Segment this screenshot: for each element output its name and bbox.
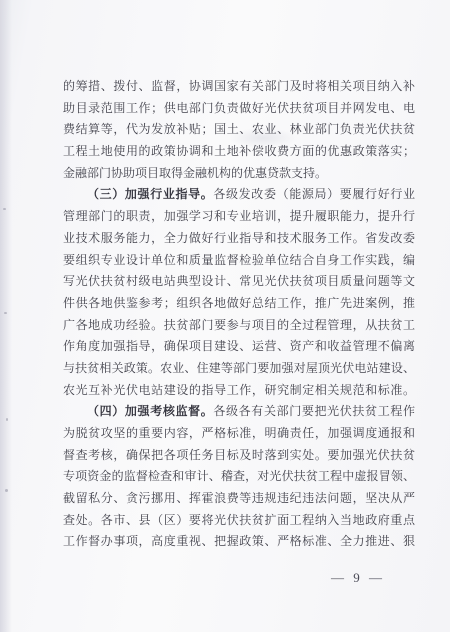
text-line: 写光伏扶贫村级电站典型设计、常见光伏扶贫项目质量问题等文 [63,271,415,293]
scan-speck [4,312,7,314]
scanned-document-page: 的筹措、拨付、监督，协调国家有关部门及时将相关项目纳入补 助目录范围工作；供电部… [0,0,450,632]
text-line: 专项资金的监督检查和审计、稽查，对光伏扶贫工程中虚报冒领、 [63,466,415,488]
text-line: 广各地成功经验。扶贫部门要参与项目的全过程管理，从扶贫工 [63,315,415,337]
section-lead-text: 各级发改委（能源局）要履行好行业 [213,187,415,201]
text-line: 件供各地供鉴参考；组织各地做好总结工作，推广先进案例，推 [63,293,415,315]
text-line: 管理部门的职责，加强学习和专业培训，提升履职能力，提升行 [63,206,415,228]
text-line: 为脱贫攻坚的重要内容，严格标准，明确责任，加强调度通报和 [63,423,415,445]
text-line: 工程土地使用的政策协调和土地补偿收费方面的优惠政策落实； [63,141,415,163]
text-line: （三）加强行业指导。各级发改委（能源局）要履行好行业 [63,184,415,206]
section-lead-text: 各级各有关部门要把光伏扶贫工程作 [213,404,415,418]
scan-speck [6,418,8,421]
text-line: 作角度加强指导，确保项目建设、运营、资产和收益管理不偏离 [63,336,415,358]
text-line: 工作督办事项，高度重视、把握政策、严格标准、全力推进、狠 [63,531,415,553]
text-line: 要组织专业设计单位和质量监督检验单位结合自身工作实践，编 [63,250,415,272]
text-line: 费结算等，代为发放补贴；国土、农业、林业部门负责光伏扶贫 [63,119,415,141]
text-line: 督查考核，确保把各项任务目标及时落到实处。要加强光伏扶贫 [63,445,415,467]
document-body: 的筹措、拨付、监督，协调国家有关部门及时将相关项目纳入补 助目录范围工作；供电部… [63,76,415,553]
text-line: （四）加强考核监督。各级各有关部门要把光伏扶贫工程作 [63,401,415,423]
page-number: — 9 — [0,570,385,586]
text-line: 查处。各市、县（区）要将光伏扶贫扩面工程纳入当地政府重点 [63,510,415,532]
text-line: 的筹措、拨付、监督，协调国家有关部门及时将相关项目纳入补 [63,76,415,98]
text-line: 助目录范围工作；供电部门负责做好光伏扶贫项目并网发电、电 [63,98,415,120]
scan-speck [3,208,6,210]
text-line: 截留私分、贪污挪用、挥霍浪费等违规违纪违法问题，坚决从严 [63,488,415,510]
scan-edge-shade [0,0,12,632]
text-line: 与扶贫相关政策。农业、住建等部门要加强对屋顶光伏电站建设、 [63,358,415,380]
scan-speck [5,489,8,492]
text-line: 业技术服务能力，全力做好行业指导和技术服务工作。省发改委 [63,228,415,250]
section-heading-4: （四）加强考核监督。 [87,404,213,418]
section-heading-3: （三）加强行业指导。 [87,187,213,201]
text-line: 金融部门协助项目取得金融机构的优惠贷款支持。 [63,163,415,185]
text-line: 农光互补光伏电站建设的指导工作，研究制定相关规范和标准。 [63,380,415,402]
